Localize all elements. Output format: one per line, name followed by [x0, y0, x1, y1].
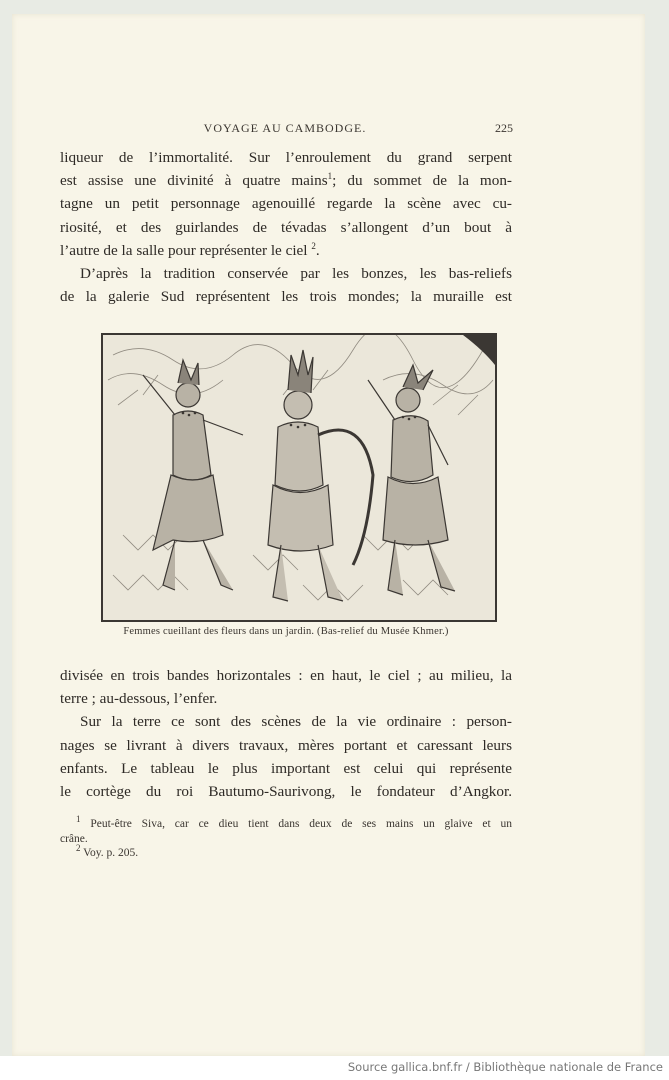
footnote-line: 2 Voy. p. 205.	[60, 846, 512, 861]
paragraph: D’après la tradition conservée par les b…	[60, 262, 512, 308]
text-line: divisée en trois bandes horizontales : e…	[60, 664, 512, 687]
footnote-marker: 2	[76, 843, 81, 853]
text-line: enfants. Le tableau le plus important es…	[60, 757, 512, 780]
text-line: de la galerie Sud représentent les trois…	[60, 285, 512, 308]
bas-relief-illustration	[101, 333, 497, 622]
text-line: terre ; au-dessous, l’enfer.	[60, 687, 512, 710]
text-line: riosité, et des guirlandes de tévadas s’…	[60, 216, 512, 239]
page-number: 225	[495, 121, 513, 136]
source-attribution-bar: Source gallica.bnf.fr / Bibliothèque nat…	[0, 1056, 669, 1080]
running-title: VOYAGE AU CAMBODGE.	[60, 121, 510, 136]
text-line: est assise une divinité à quatre mains1;…	[60, 169, 512, 192]
footnotes: 1 Peut-être Siva, car ce dieu tient dans…	[60, 817, 512, 861]
text-line: D’après la tradition conservée par les b…	[60, 262, 512, 285]
footnote-2: 2 Voy. p. 205.	[60, 846, 512, 861]
text-line: tagne un petit personnage agenouillé reg…	[60, 192, 512, 215]
engraving-image	[103, 335, 495, 620]
text-line: Sur la terre ce sont des scènes de la vi…	[60, 710, 512, 733]
paragraph-continued: divisée en trois bandes horizontales : e…	[60, 664, 512, 710]
paragraph-continued: liqueur de l’immortalité. Sur l’enroulem…	[60, 146, 512, 262]
text-line: liqueur de l’immortalité. Sur l’enroulem…	[60, 146, 512, 169]
figure-caption: Femmes cueillant des fleurs dans un jard…	[60, 626, 512, 637]
footnote-line: 1 Peut-être Siva, car ce dieu tient dans…	[60, 817, 512, 832]
text-line: le cortège du roi Bautumo-Saurivong, le …	[60, 780, 512, 803]
text-line: nages se livrant à divers travaux, mères…	[60, 734, 512, 757]
paragraph: Sur la terre ce sont des scènes de la vi…	[60, 710, 512, 803]
text-line: l’autre de la salle pour représenter le …	[60, 239, 512, 262]
running-head: VOYAGE AU CAMBODGE. 225	[60, 121, 510, 139]
footnote-line: crâne.	[60, 832, 512, 847]
body-text-top: liqueur de l’immortalité. Sur l’enroulem…	[60, 146, 512, 308]
source-attribution[interactable]: Source gallica.bnf.fr / Bibliothèque nat…	[348, 1060, 663, 1074]
footnote-1: 1 Peut-être Siva, car ce dieu tient dans…	[60, 817, 512, 846]
body-text-bottom: divisée en trois bandes horizontales : e…	[60, 664, 512, 803]
footnote-marker: 1	[76, 814, 81, 824]
